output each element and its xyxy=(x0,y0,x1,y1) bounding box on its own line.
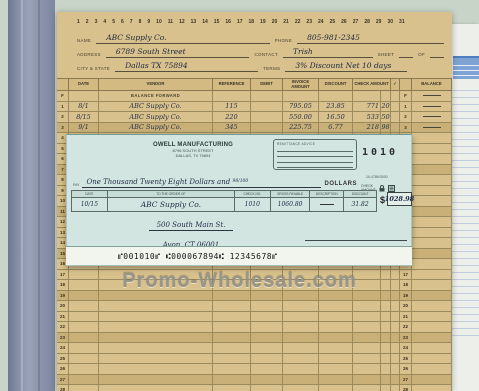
side-sheet-blue-header xyxy=(453,56,479,79)
day-number: 3 xyxy=(95,19,98,25)
cell-discount xyxy=(319,91,353,102)
balance-dash xyxy=(423,127,441,128)
cell-vendor xyxy=(99,375,213,386)
row-number-left: F xyxy=(57,91,69,102)
cell-tick xyxy=(391,112,400,123)
row-number-left: 24 xyxy=(57,343,69,354)
col-header-invoice-amount: INVOICE AMOUNT xyxy=(283,79,319,91)
day-number: 27 xyxy=(353,19,359,25)
check-company-address2: DALLAS, TX 75894 xyxy=(131,153,255,158)
day-number: 20 xyxy=(272,19,278,25)
cell-reference: 115 xyxy=(213,102,251,113)
ledger-row: 2323 xyxy=(57,333,452,344)
cell-balance xyxy=(412,259,452,270)
row-number-left: 21 xyxy=(57,312,69,323)
cell-date xyxy=(69,333,99,344)
cell-invoice-amount xyxy=(283,385,319,391)
cell-vendor xyxy=(99,322,213,333)
cell-debit xyxy=(251,322,283,333)
cell-vendor: ABC Supply Co. xyxy=(99,102,213,113)
cell-tick xyxy=(391,354,400,365)
ledger-table-header: DATE VENDOR REFERENCE DEBIT INVOICE AMOU… xyxy=(57,78,452,91)
sheet-label: SHEET xyxy=(378,52,395,58)
row-number-left: 28 xyxy=(57,385,69,391)
row-number-right: 20 xyxy=(400,301,412,312)
cell-discount xyxy=(319,322,353,333)
terms-label: TERMS xyxy=(263,66,280,72)
cell-tick xyxy=(391,333,400,344)
cell-balance xyxy=(412,217,452,228)
cell-reference: 220 xyxy=(213,112,251,123)
cell-invoice-amount: 225.75 xyxy=(283,123,319,134)
cell-debit xyxy=(251,102,283,113)
cell-vendor xyxy=(99,301,213,312)
day-number: 5 xyxy=(112,19,115,25)
cell-check-amount xyxy=(353,364,391,375)
cell-discount xyxy=(319,364,353,375)
of-blank xyxy=(430,50,444,58)
ledger-row: 18/1ABC Supply Co.115795.0523.85771201 xyxy=(57,102,452,113)
day-number: 6 xyxy=(121,19,124,25)
day-number: 25 xyxy=(330,19,336,25)
cell-balance xyxy=(412,186,452,197)
amount-cents-fraction: 98/100 xyxy=(232,179,248,184)
row-number-right: 1 xyxy=(400,102,412,113)
cell-reference xyxy=(213,312,251,323)
cell-date: 8/1 xyxy=(69,102,99,113)
cell-balance xyxy=(412,91,452,102)
cell-vendor xyxy=(99,333,213,344)
cell-reference xyxy=(213,364,251,375)
city-state-label: CITY & STATE xyxy=(77,66,110,72)
row-number-left: 27 xyxy=(57,375,69,386)
cell-debit xyxy=(251,343,283,354)
ledger-row: 2828 xyxy=(57,385,452,391)
payee-address-line1: 500 South Main St. xyxy=(149,221,234,231)
voucher-check: OWELL MANUFACTURING 8796 SOUTH STREET DA… xyxy=(66,134,412,266)
cell-balance xyxy=(412,123,452,134)
remittance-advice-box: REMITTANCE ADVICE xyxy=(273,139,357,170)
cell-balance xyxy=(412,175,452,186)
cell-discount xyxy=(319,385,353,391)
cell-debit xyxy=(251,301,283,312)
cell-tick xyxy=(391,102,400,113)
name-value: ABC Supply Co. xyxy=(96,33,269,44)
dollars-label: DOLLARS xyxy=(321,181,358,188)
cell-balance xyxy=(412,102,452,113)
day-number: 24 xyxy=(318,19,324,25)
row-number-right: F xyxy=(400,91,412,102)
voucher-header-desc: DESCRIPTION xyxy=(310,191,344,198)
day-number: 1 xyxy=(77,19,80,25)
cell-balance xyxy=(412,312,452,323)
cell-invoice-amount xyxy=(283,312,319,323)
row-number-left: 1 xyxy=(57,102,69,113)
row-number-right: 23 xyxy=(400,333,412,344)
cell-balance xyxy=(412,154,452,165)
day-number: 23 xyxy=(306,19,312,25)
day-number: 15 xyxy=(214,19,220,25)
cell-vendor xyxy=(99,354,213,365)
watermark-text: Promo-Wholesale.com xyxy=(0,270,479,293)
cell-invoice-amount: 550.00 xyxy=(283,112,319,123)
cell-balance xyxy=(412,249,452,260)
voucher-table-row: 10/15ABC Supply Co.10101060.8031.82 xyxy=(72,198,376,211)
cell-discount xyxy=(319,301,353,312)
cell-invoice-amount xyxy=(283,301,319,312)
ledger-row: 2626 xyxy=(57,364,452,375)
cell-date xyxy=(69,91,99,102)
cell-reference xyxy=(213,333,251,344)
ledger-row: 39/1ABC Supply Co.345225.756.77218983 xyxy=(57,123,452,134)
cell-check-amount xyxy=(353,333,391,344)
row-number-left: 3 xyxy=(57,123,69,134)
cell-balance xyxy=(412,385,452,391)
cell-vendor: ABC Supply Co. xyxy=(99,123,213,134)
row-number-left: 23 xyxy=(57,333,69,344)
col-header-date: DATE xyxy=(69,79,99,91)
security-document-icon xyxy=(388,185,395,192)
day-number: 12 xyxy=(179,19,185,25)
cell-tick xyxy=(391,375,400,386)
cell-date xyxy=(69,322,99,333)
cell-invoice-amount xyxy=(283,91,319,102)
cell-invoice-amount xyxy=(283,354,319,365)
day-number: 4 xyxy=(103,19,106,25)
cell-check-amount xyxy=(353,312,391,323)
row-number-right: 2 xyxy=(400,112,412,123)
cell-date xyxy=(69,301,99,312)
voucher-date: 10/15 xyxy=(72,198,108,211)
remittance-advice-label: REMITTANCE ADVICE xyxy=(277,142,353,146)
ledger-row: 2121 xyxy=(57,312,452,323)
cell-check-amount xyxy=(353,343,391,354)
row-number-right: 25 xyxy=(400,354,412,365)
day-number: 11 xyxy=(168,19,173,25)
cell-tick xyxy=(391,91,400,102)
check-company-block: OWELL MANUFACTURING 8796 SOUTH STREET DA… xyxy=(131,142,255,158)
cell-balance xyxy=(412,112,452,123)
ledger-row: FBALANCE FORWARDF xyxy=(57,91,452,102)
voucher-description xyxy=(310,198,344,211)
row-number-right: 27 xyxy=(400,375,412,386)
voucher-header-cno: CHECK NO. xyxy=(235,191,271,198)
ledger-row: 2222 xyxy=(57,322,452,333)
cell-balance xyxy=(412,322,452,333)
cell-date xyxy=(69,375,99,386)
voucher-table: DATETO THE ORDER OFCHECK NO.GROSS PAYABL… xyxy=(71,190,377,212)
pay-line: PAY One Thousand Twenty Eight Dollars an… xyxy=(73,178,357,188)
name-label: NAME xyxy=(77,38,91,44)
cell-invoice-amount: 795.05 xyxy=(283,102,319,113)
voucher-header-gross: GROSS PAYABLE xyxy=(271,191,311,198)
cell-tick xyxy=(391,301,400,312)
cell-reference xyxy=(213,385,251,391)
cell-discount: 16.50 xyxy=(319,112,353,123)
of-label: OF xyxy=(418,52,425,58)
city-state-value: Dallas TX 75894 xyxy=(115,61,258,72)
cell-tick xyxy=(391,364,400,375)
address-value: 6789 South Street xyxy=(106,47,250,58)
cell-discount xyxy=(319,375,353,386)
cell-balance xyxy=(412,228,452,239)
balance-dash xyxy=(423,95,441,96)
cell-discount xyxy=(319,312,353,323)
day-number: 10 xyxy=(156,19,162,25)
day-number: 19 xyxy=(260,19,266,25)
ledger-header-line-2: ADDRESS 6789 South Street CONTACT Trish … xyxy=(77,45,444,58)
cell-debit xyxy=(251,112,283,123)
day-number: 28 xyxy=(364,19,370,25)
row-number-right: 3 xyxy=(400,123,412,134)
voucher-check-no: 1010 xyxy=(235,198,271,211)
day-number: 9 xyxy=(147,19,150,25)
cell-balance xyxy=(412,364,452,375)
cell-date: 9/1 xyxy=(69,123,99,134)
cell-vendor xyxy=(99,343,213,354)
cell-check-amount: 21898 xyxy=(353,123,391,134)
micr-line: ⑈001010⑈ ⑆000067894⑆ 12345678⑈ xyxy=(118,252,277,261)
balance-forward-label: BALANCE FORWARD xyxy=(99,91,213,102)
day-numbers-row: 1234567891011121314151617181920212223242… xyxy=(77,19,405,25)
row-number-left: 22 xyxy=(57,322,69,333)
cell-date: 8/15 xyxy=(69,112,99,123)
row-number-left: 20 xyxy=(57,301,69,312)
check-number: 1010 xyxy=(362,147,398,158)
day-number: 16 xyxy=(225,19,231,25)
contact-value: Trish xyxy=(283,47,373,58)
day-number: 26 xyxy=(341,19,347,25)
cell-date xyxy=(69,354,99,365)
cell-debit xyxy=(251,123,283,134)
voucher-gross-payable: 1060.80 xyxy=(271,198,311,211)
cell-check-amount xyxy=(353,301,391,312)
cell-debit xyxy=(251,385,283,391)
row-number-right: 24 xyxy=(400,343,412,354)
day-number: 13 xyxy=(191,19,197,25)
voucher-header-date: DATE xyxy=(72,191,108,198)
cell-tick xyxy=(391,385,400,391)
row-number-left: 2 xyxy=(57,112,69,123)
ledger-row: 2727 xyxy=(57,375,452,386)
cell-invoice-amount xyxy=(283,343,319,354)
ledger-row: 28/15ABC Supply Co.220550.0016.50533502 xyxy=(57,112,452,123)
cell-check-amount: 53350 xyxy=(353,112,391,123)
col-header-balance: BALANCE xyxy=(412,79,452,91)
row-number-right: 22 xyxy=(400,322,412,333)
cell-date xyxy=(69,343,99,354)
cell-debit xyxy=(251,91,283,102)
row-number-right: 28 xyxy=(400,385,412,391)
cell-invoice-amount xyxy=(283,375,319,386)
cell-reference xyxy=(213,322,251,333)
cell-date xyxy=(69,312,99,323)
bank-fraction-number: 10-4789/3000 xyxy=(366,175,388,179)
row-number-left: 26 xyxy=(57,364,69,375)
row-number-right: 21 xyxy=(400,312,412,323)
cell-reference xyxy=(213,375,251,386)
voucher-table-header: DATETO THE ORDER OFCHECK NO.GROSS PAYABL… xyxy=(72,191,376,198)
cell-check-amount xyxy=(353,385,391,391)
balance-dash xyxy=(423,106,441,107)
cell-tick xyxy=(391,123,400,134)
cell-check-amount: 77120 xyxy=(353,102,391,113)
day-number: 21 xyxy=(283,19,289,25)
cell-reference xyxy=(213,301,251,312)
balance-dash xyxy=(423,116,441,117)
cell-balance xyxy=(412,333,452,344)
cell-check-amount xyxy=(353,91,391,102)
cell-reference xyxy=(213,343,251,354)
cell-reference: 345 xyxy=(213,123,251,134)
cell-balance xyxy=(412,207,452,218)
cell-tick xyxy=(391,343,400,354)
voucher-discount: 31.82 xyxy=(344,198,376,211)
day-number: 22 xyxy=(295,19,301,25)
col-header-tick: ✓ xyxy=(391,79,400,91)
cell-balance xyxy=(412,301,452,312)
day-number: 7 xyxy=(130,19,133,25)
ledger-row: 2424 xyxy=(57,343,452,354)
day-number: 30 xyxy=(387,19,393,25)
cell-balance xyxy=(412,343,452,354)
phone-label: PHONE xyxy=(275,38,293,44)
cell-debit xyxy=(251,333,283,344)
amount-in-words: One Thousand Twenty Eight Dollars and 98… xyxy=(82,178,320,188)
ledger-header-line-3: CITY & STATE Dallas TX 75894 TERMS 3% Di… xyxy=(77,59,444,72)
pay-label: PAY xyxy=(73,183,82,188)
address-label: ADDRESS xyxy=(77,52,101,58)
cell-vendor xyxy=(99,364,213,375)
side-ruled-sheet xyxy=(451,24,479,391)
cell-balance xyxy=(412,196,452,207)
cell-balance xyxy=(412,238,452,249)
cell-invoice-amount xyxy=(283,364,319,375)
signature-line xyxy=(305,231,407,241)
cell-invoice-amount xyxy=(283,322,319,333)
voucher-payee: ABC Supply Co. xyxy=(108,198,235,211)
contact-label: CONTACT xyxy=(254,52,278,58)
cell-debit xyxy=(251,375,283,386)
day-number: 14 xyxy=(202,19,208,25)
day-number: 29 xyxy=(376,19,382,25)
cell-balance xyxy=(412,375,452,386)
cell-tick xyxy=(391,312,400,323)
ledger-header-line-1: NAME ABC Supply Co. PHONE 805-981-2345 xyxy=(77,31,444,44)
terms-value: 3% Discount Net 10 days xyxy=(285,61,406,72)
cell-reference xyxy=(213,354,251,365)
col-header-check-amount: CHECK AMOUNT xyxy=(353,79,391,91)
cell-discount xyxy=(319,333,353,344)
col-header-vendor: VENDOR xyxy=(99,79,213,91)
lock-icon xyxy=(379,185,385,192)
voucher-header-payee: TO THE ORDER OF xyxy=(108,191,235,198)
cell-date xyxy=(69,364,99,375)
cell-balance xyxy=(412,133,452,144)
cell-tick xyxy=(391,322,400,333)
day-number: 31 xyxy=(399,19,405,25)
cell-vendor xyxy=(99,385,213,391)
cell-balance xyxy=(412,354,452,365)
day-number: 18 xyxy=(249,19,255,25)
col-header-reference: REFERENCE xyxy=(213,79,251,91)
cell-debit xyxy=(251,364,283,375)
row-number-right: 26 xyxy=(400,364,412,375)
day-number: 8 xyxy=(139,19,142,25)
ledger-row: 2020 xyxy=(57,301,452,312)
phone-value: 805-981-2345 xyxy=(297,33,444,44)
cell-date xyxy=(69,385,99,391)
cell-vendor: ABC Supply Co. xyxy=(99,112,213,123)
cell-balance xyxy=(412,144,452,155)
cell-check-amount xyxy=(353,375,391,386)
cell-vendor xyxy=(99,312,213,323)
day-number: 2 xyxy=(86,19,89,25)
cell-check-amount xyxy=(353,322,391,333)
cell-reference xyxy=(213,91,251,102)
col-header-debit: DEBIT xyxy=(251,79,283,91)
cell-balance xyxy=(412,165,452,176)
cell-debit xyxy=(251,312,283,323)
check-amount-box: 1028.98 xyxy=(387,192,412,206)
cell-check-amount xyxy=(353,354,391,365)
cell-discount xyxy=(319,354,353,365)
row-number-left: 25 xyxy=(57,354,69,365)
voucher-header-disc: DISCOUNT xyxy=(344,191,376,198)
sheet-blank xyxy=(399,50,413,58)
binder-spine xyxy=(8,0,55,391)
cell-discount: 6.77 xyxy=(319,123,353,134)
cell-discount xyxy=(319,343,353,354)
cell-debit xyxy=(251,354,283,365)
cell-discount: 23.85 xyxy=(319,102,353,113)
micr-band: ⑈001010⑈ ⑆000067894⑆ 12345678⑈ xyxy=(66,246,412,265)
col-header-discount: DISCOUNT xyxy=(319,79,353,91)
cell-invoice-amount xyxy=(283,333,319,344)
day-number: 17 xyxy=(237,19,243,25)
ledger-row: 2525 xyxy=(57,354,452,365)
